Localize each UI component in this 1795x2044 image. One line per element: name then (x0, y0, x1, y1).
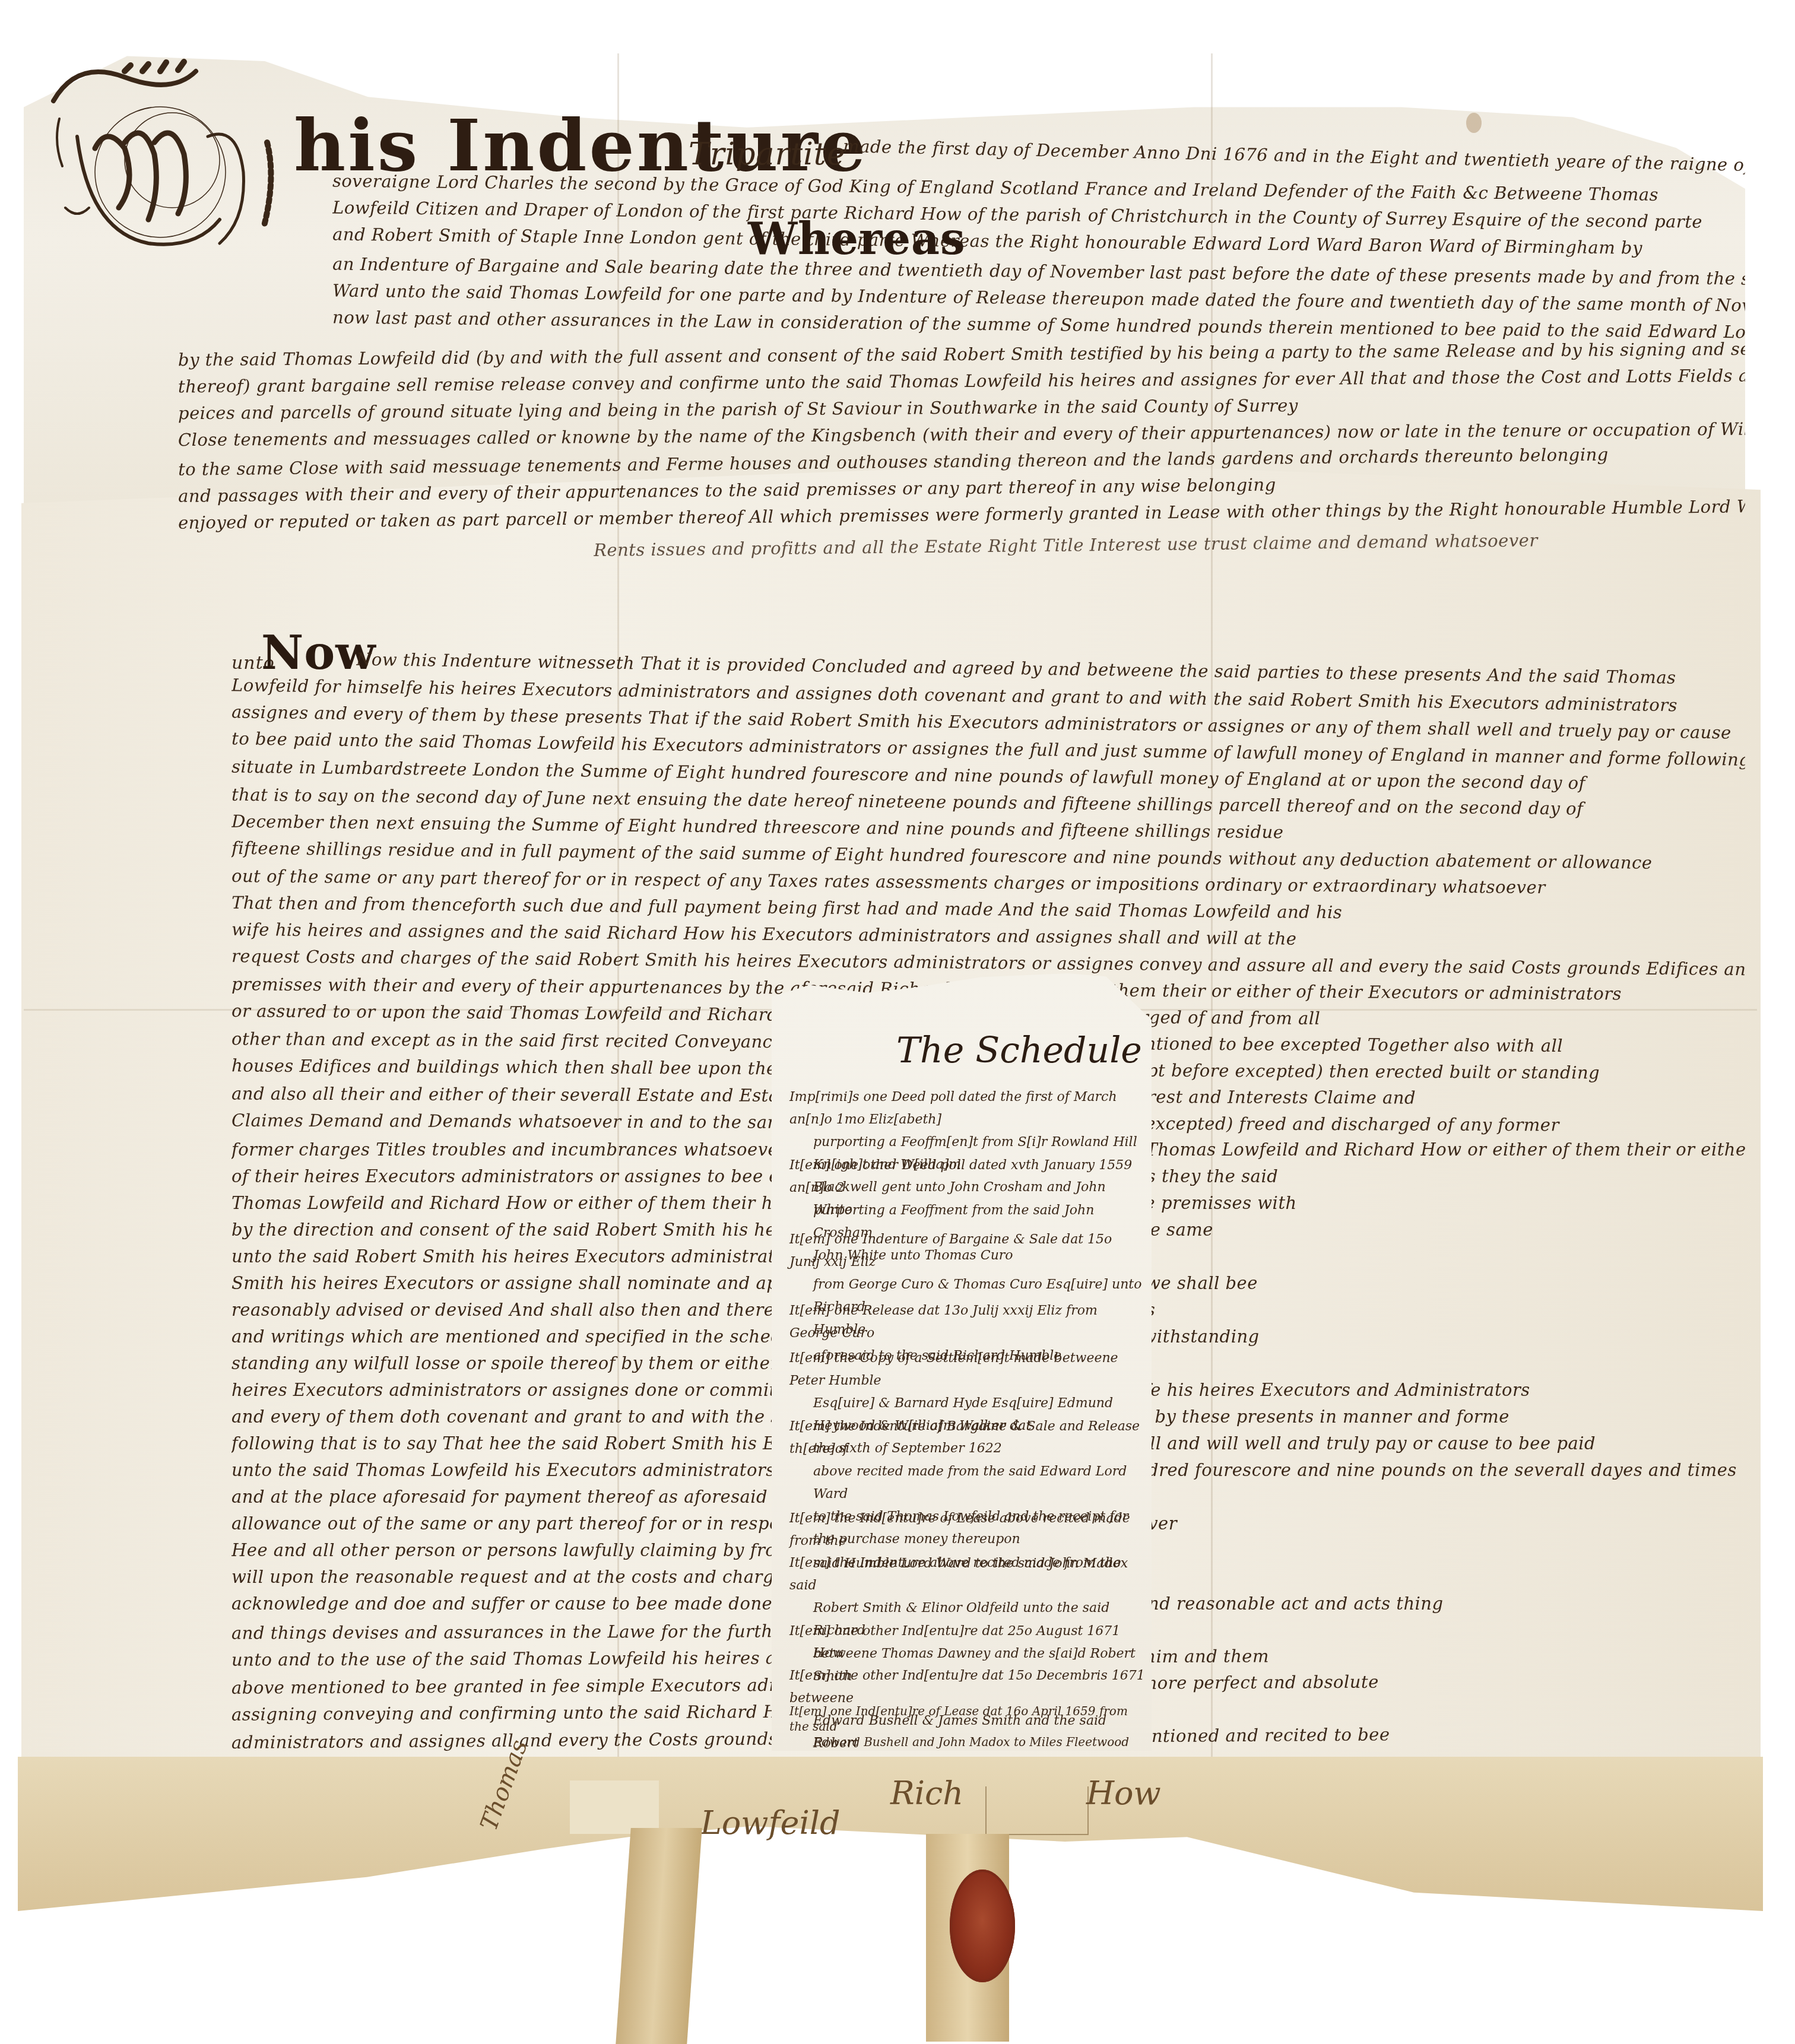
document-subtitle: Tripartite (689, 137, 846, 172)
entry-line: above recited made from the said Edward … (789, 1461, 1146, 1506)
entry-line: It[em] the Copy of a Settlem[en]t made b… (789, 1351, 1118, 1388)
schedule-sheet: The Schedule Imp[rimi]s one Deed poll da… (772, 973, 1152, 1751)
seal-tag (616, 1828, 702, 2044)
signature: Lowfeild (700, 1804, 841, 1842)
entry-line: It[em] the Indenture of Bargaine & Sale … (789, 1419, 1140, 1456)
entry-line: It[em] one other Ind[entu]re dat 25o Aug… (789, 1624, 1120, 1639)
entry-line: Imp[rimi]s one Deed poll dated the first… (789, 1090, 1117, 1127)
entry-line: It[em] one Ind[entu]re of Lease dat 22o … (789, 1722, 1121, 1751)
signature: Rich (890, 1775, 963, 1812)
signature-box (985, 1786, 1089, 1835)
wax-seal-icon (950, 1870, 1015, 1982)
vellum-patch (570, 1780, 659, 1834)
stain (1466, 113, 1482, 133)
whereas-heading: Whereas (748, 214, 966, 265)
entry-line: It[em] the Indenture above recited made … (789, 1556, 1121, 1593)
entry-line: It[em] one other Ind[entu]re dat 15o Dec… (789, 1668, 1145, 1706)
entry-line: It[em] the Ind[entu]re of Lease above re… (789, 1511, 1130, 1548)
decorated-initial-icon (42, 53, 291, 267)
entry-line: It[em] one Release dat 13o Julij xxxij E… (789, 1303, 1098, 1341)
signature: How (1086, 1775, 1161, 1812)
entry-line: It[em] one Indenture of Bargaine & Sale … (789, 1232, 1112, 1269)
entry-line: It[em] one other Deed poll dated xvth Ja… (789, 1158, 1132, 1195)
schedule-title: The Schedule (896, 1030, 1142, 1071)
